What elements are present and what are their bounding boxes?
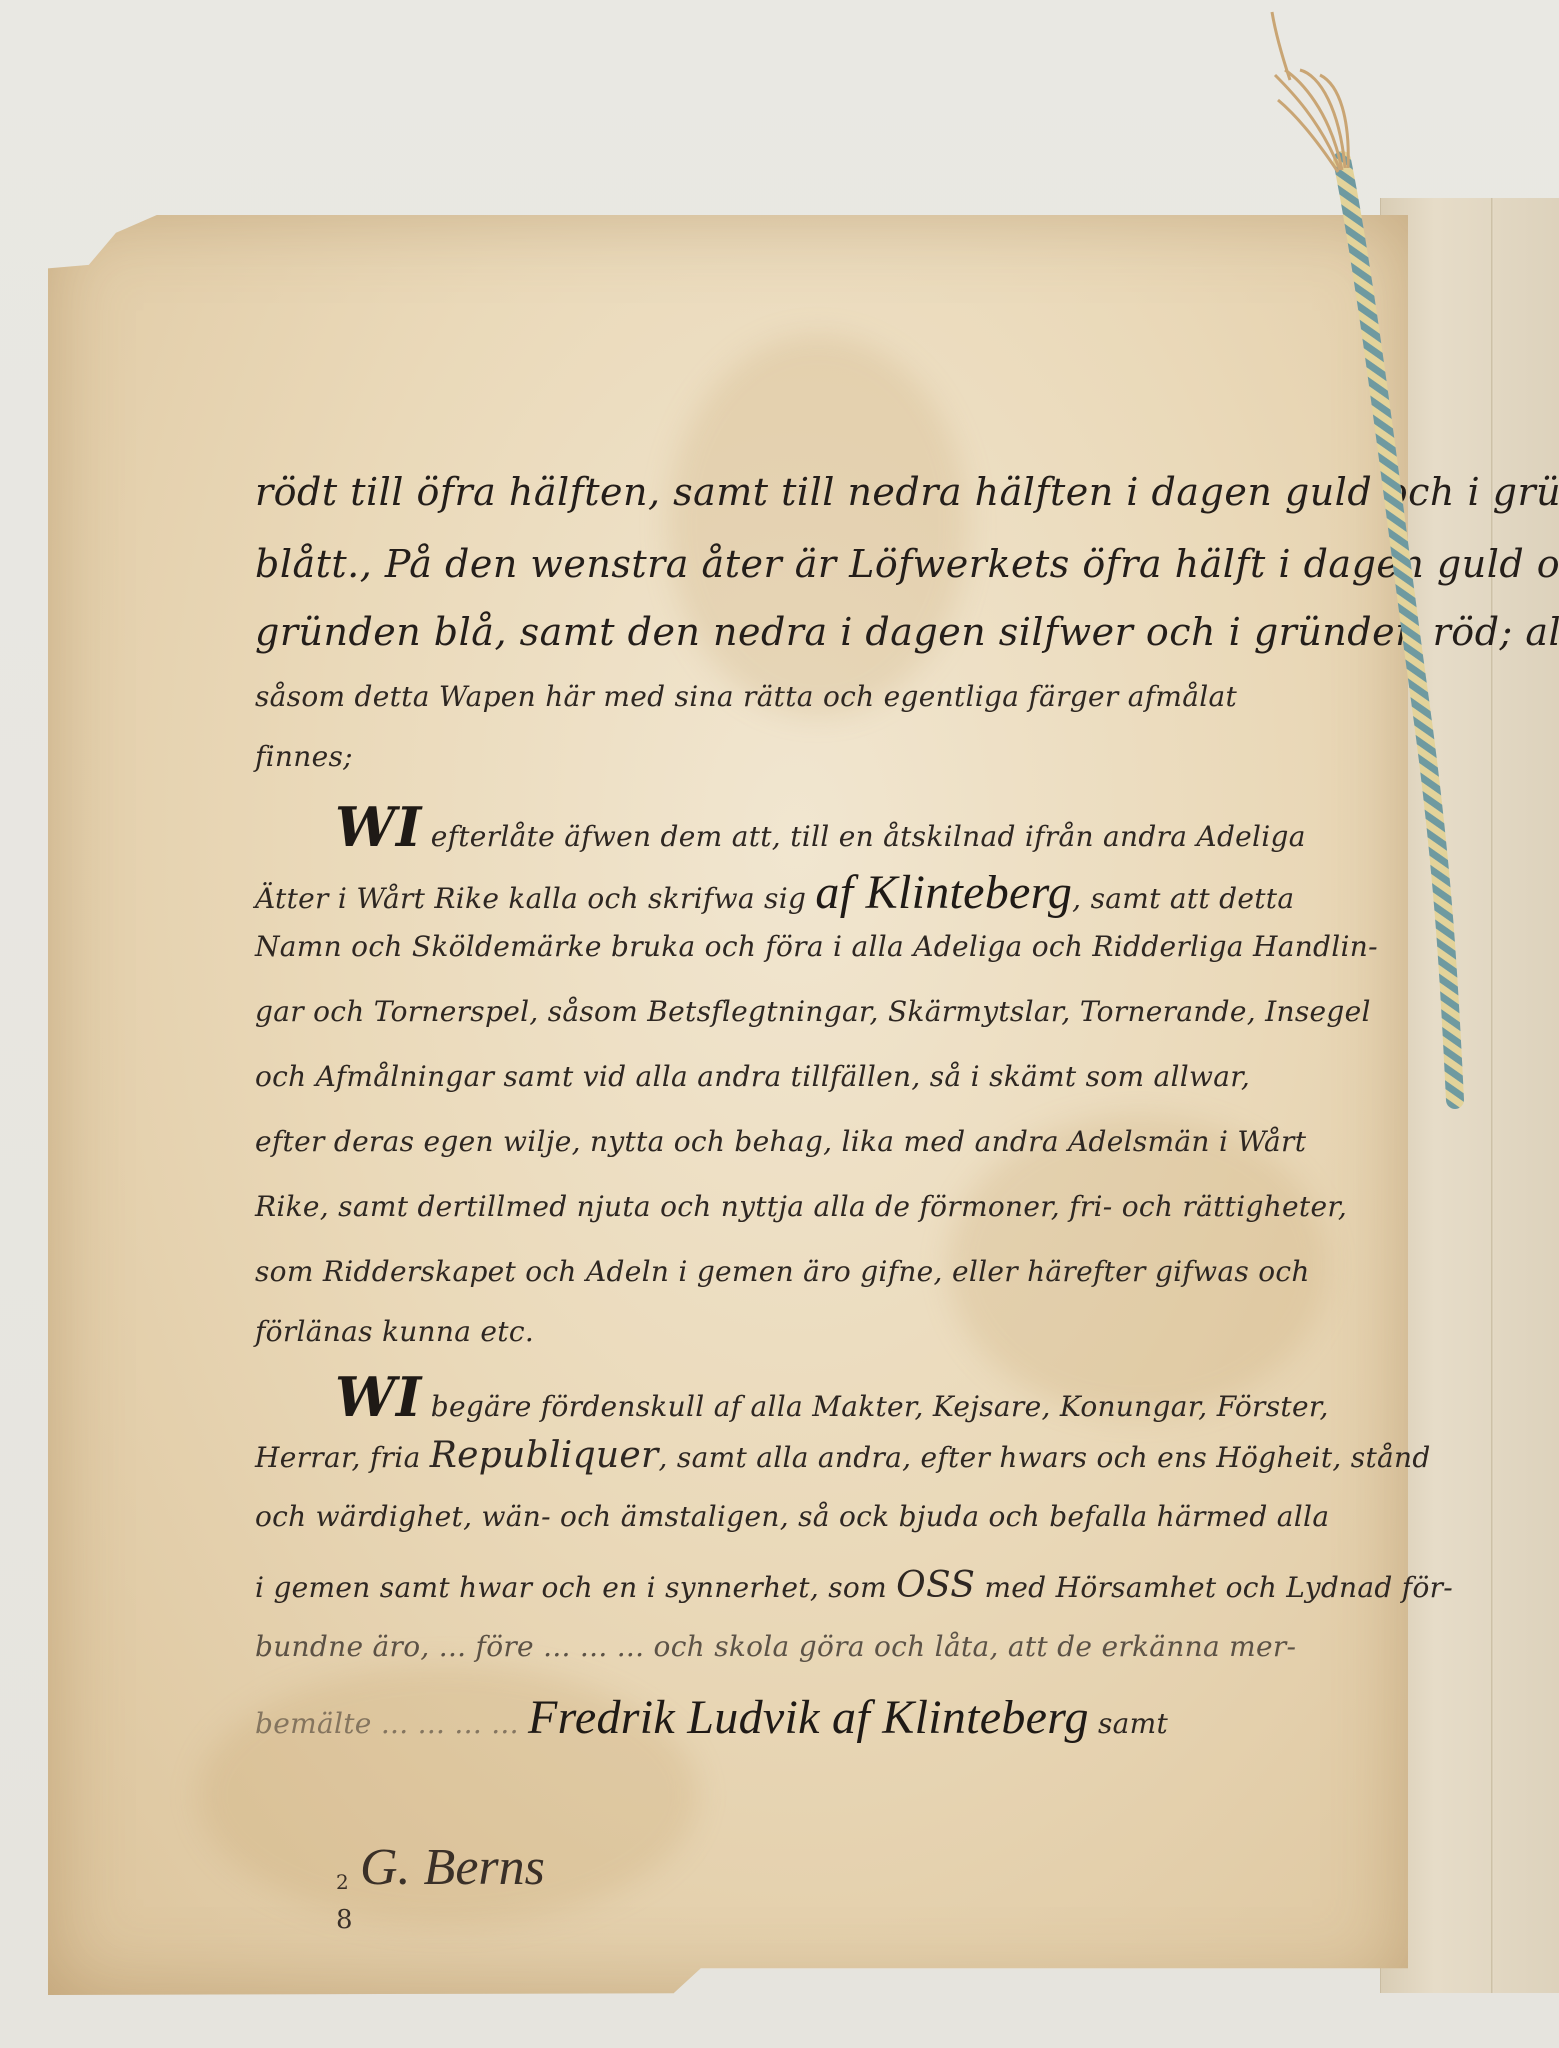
text-line-faded: bundne äro, ... före ... ... ... och sko…: [255, 1630, 1296, 1663]
binding-cord-icon: [0, 0, 1559, 1200]
text-span: med Hörsamhet och Lydnad för-: [984, 1571, 1453, 1604]
text-span: , samt alla andra, efter hwars och ens H…: [659, 1441, 1431, 1474]
text-span: i gemen samt hwar och en i synnerhet, so…: [255, 1571, 887, 1604]
paragraph-start: WI begäre fördenskull af alla Makter, Ke…: [335, 1365, 1329, 1429]
text-line: Herrar, fria Republiquer, samt alla andr…: [255, 1435, 1431, 1476]
republiquer-word: Republiquer: [430, 1435, 659, 1476]
signature-mark: 2: [336, 1870, 349, 1894]
signature-mark: 8: [336, 1905, 353, 1935]
text-line: förlänas kunna etc.: [255, 1315, 534, 1348]
decorative-initial: WI: [335, 1365, 422, 1429]
oss-word: OSS: [896, 1565, 975, 1606]
text-line: bemälte ... ... ... ... Fredrik Ludvik a…: [255, 1690, 1168, 1745]
text-span: begäre fördenskull af alla Makter, Kejsa…: [431, 1390, 1329, 1423]
text-span-faded: bemälte ... ... ... ...: [255, 1707, 519, 1740]
signature: G. Berns: [360, 1838, 545, 1897]
text-line: och wärdighet, wän- och ämstaligen, så o…: [255, 1500, 1329, 1533]
text-line: som Ridderskapet och Adeln i gemen äro g…: [255, 1255, 1310, 1288]
text-line: i gemen samt hwar och en i synnerhet, so…: [255, 1565, 1453, 1606]
text-span: samt: [1098, 1707, 1168, 1740]
full-name: Fredrik Ludvik af Klinteberg: [528, 1691, 1089, 1744]
text-span: Herrar, fria: [255, 1441, 421, 1474]
